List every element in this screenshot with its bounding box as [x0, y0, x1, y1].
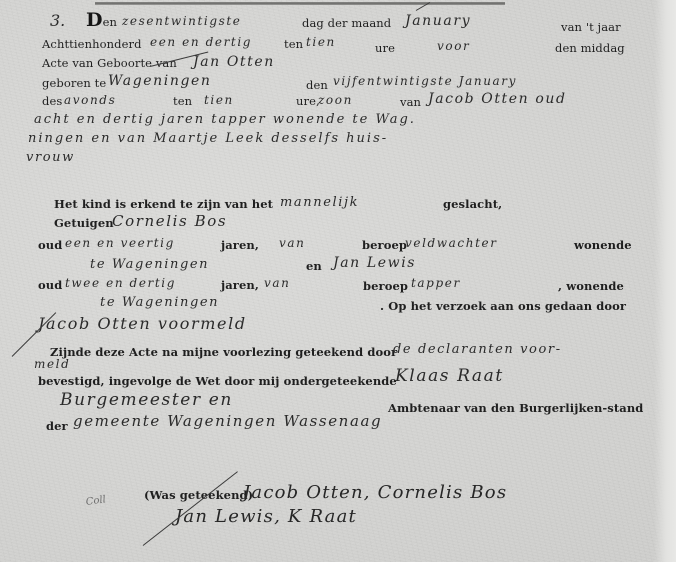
hw-witness2-job: tapper: [411, 277, 461, 289]
hw-father: Jacob Otten oud: [428, 92, 567, 106]
wonende1-label: wonende: [574, 240, 632, 252]
line5-ten: ten: [173, 96, 192, 108]
hw-margin-note: Coll: [85, 495, 106, 508]
paper-edge: [654, 0, 676, 562]
der-label: der: [46, 421, 68, 433]
line5-ure: ure,: [296, 96, 320, 108]
hw-month: January: [405, 14, 471, 28]
line2-achttienhonderd: Achttienhonderd: [42, 39, 142, 51]
hw-signers: de declaranten voor-: [393, 343, 562, 356]
hw-father-line4: vrouw: [26, 151, 75, 164]
beroep2-label: beroep: [363, 281, 408, 293]
hw-witness1-job: veldwachter: [405, 237, 498, 249]
hw-official: Klaas Raat: [395, 368, 504, 385]
line1-dag-der-maand: dag der maand: [302, 18, 391, 30]
verzoek-text: . Op het verzoek aan ons gedaan door: [380, 301, 626, 313]
bevestigd-text: bevestigd, ingevolge de Wet door mij ond…: [38, 376, 397, 388]
line1-den: Den: [86, 11, 117, 30]
hw-father-line2: acht en dertig jaren tapper wonende te W…: [34, 113, 416, 126]
hw-birth-hour: tien: [204, 94, 234, 106]
jaren2-label: jaren,: [221, 280, 259, 292]
getuigen-label: Getuigen: [54, 218, 114, 230]
kind-erkend: Het kind is erkend te zijn van het: [54, 199, 273, 211]
hw-municipality: gemeente Wageningen Wassenaag: [73, 414, 382, 429]
hw-father-line3: ningen en van Maartje Leek desselfs huis…: [28, 132, 388, 145]
hw-gender: mannelijk: [280, 196, 359, 209]
hw-official-title: Burgemeester en: [60, 392, 233, 409]
hw-witness2-van: van: [264, 277, 290, 289]
hw-hour: tien: [306, 36, 336, 48]
hw-requester: Jacob Otten voormeld: [38, 316, 247, 332]
beroep1-label: beroep: [362, 240, 407, 252]
hw-child-name: Jan Otten: [193, 55, 275, 69]
hw-witness1-age: een en veertig: [65, 237, 175, 249]
hw-birthplace: Wageningen: [108, 74, 212, 88]
line2-den-middag: den middag: [555, 43, 625, 55]
line4-geboren-te: geboren te: [42, 78, 106, 90]
en-label: en: [306, 261, 322, 273]
hw-witness2-place: te Wageningen: [100, 296, 219, 309]
oud1-label: oud: [38, 240, 62, 252]
line1-van-t-jaar: van 't jaar: [561, 22, 621, 34]
line2-ure: ure: [375, 43, 395, 55]
hw-witness1: Cornelis Bos: [112, 214, 227, 229]
hw-signers2: meld: [34, 358, 70, 370]
jaren1-label: jaren,: [221, 240, 259, 252]
kind-geslacht: geslacht,: [443, 199, 502, 211]
hw-birth-date: vijfentwintigste January: [333, 75, 517, 87]
hw-signature2: Jan Lewis, K Raat: [175, 508, 357, 526]
hw-signature1: Jacob Otten, Cornelis Bos: [243, 484, 507, 502]
hw-witness1-place: te Wageningen: [90, 258, 209, 271]
birth-certificate-scan: 3. Den zesentwintigste dag der maand Jan…: [0, 0, 676, 562]
ambtenaar-text: Ambtenaar van den Burgerlijken-stand: [388, 403, 643, 415]
hw-time-of-day: voor: [437, 40, 470, 52]
hw-witness1-van: van: [279, 237, 305, 249]
line2-ten: ten: [284, 39, 303, 51]
hw-zoon: zoon: [318, 94, 353, 106]
hw-witness2-age: twee en dertig: [65, 277, 176, 289]
line4-den: den: [306, 80, 328, 92]
line5-van: van: [400, 97, 421, 109]
oud2-label: oud: [38, 280, 62, 292]
wonende2-label: , wonende: [558, 281, 624, 293]
hw-evening: avonds: [64, 94, 116, 106]
hw-day-word: zesentwintigste: [122, 15, 242, 27]
zijnde-text: Zijnde deze Acte na mijne voorlezing get…: [50, 347, 397, 359]
entry-number: 3.: [50, 13, 65, 29]
line5-des: des: [42, 96, 62, 108]
hw-year-word: een en dertig: [150, 36, 252, 48]
top-border-rule-thin: [300, 4, 505, 5]
hw-witness2: Jan Lewis: [333, 256, 416, 270]
